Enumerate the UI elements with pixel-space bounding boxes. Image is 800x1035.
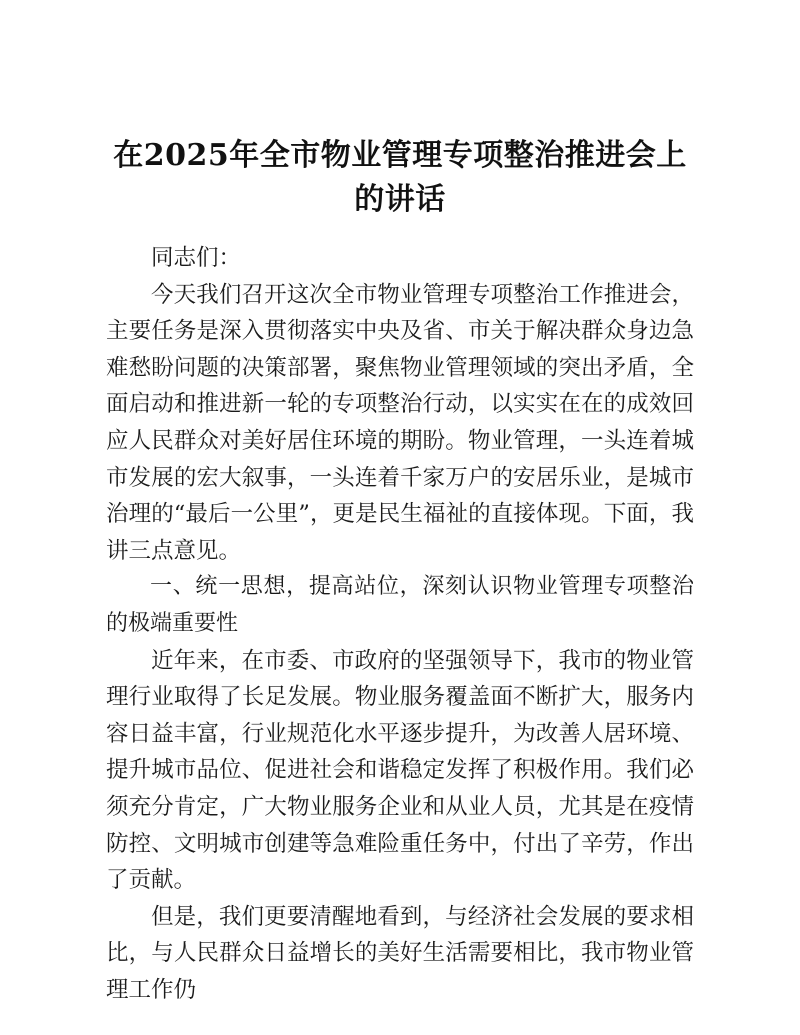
document-body: 同志们： 今天我们召开这次全市物业管理专项整治工作推进会，主要任务是深入贯彻落实… [106,240,694,1008]
document-page: 在2025年全市物业管理专项整治推进会上的讲话 同志们： 今天我们召开这次全市物… [0,0,800,1035]
paragraph-achievements: 近年来，在市委、市政府的坚强领导下，我市的物业管理行业取得了长足发展。物业服务覆… [106,643,694,899]
section-heading-1: 一、统一思想，提高站位，深刻认识物业管理专项整治的极端重要性 [106,569,694,642]
paragraph-problems: 但是，我们更要清醒地看到，与经济社会发展的要求相比，与人民群众日益增长的美好生活… [106,899,694,1009]
document-title: 在2025年全市物业管理专项整治推进会上的讲话 [100,134,700,222]
salutation: 同志们： [106,240,694,277]
paragraph-intro: 今天我们召开这次全市物业管理专项整治工作推进会，主要任务是深入贯彻落实中央及省、… [106,277,694,570]
